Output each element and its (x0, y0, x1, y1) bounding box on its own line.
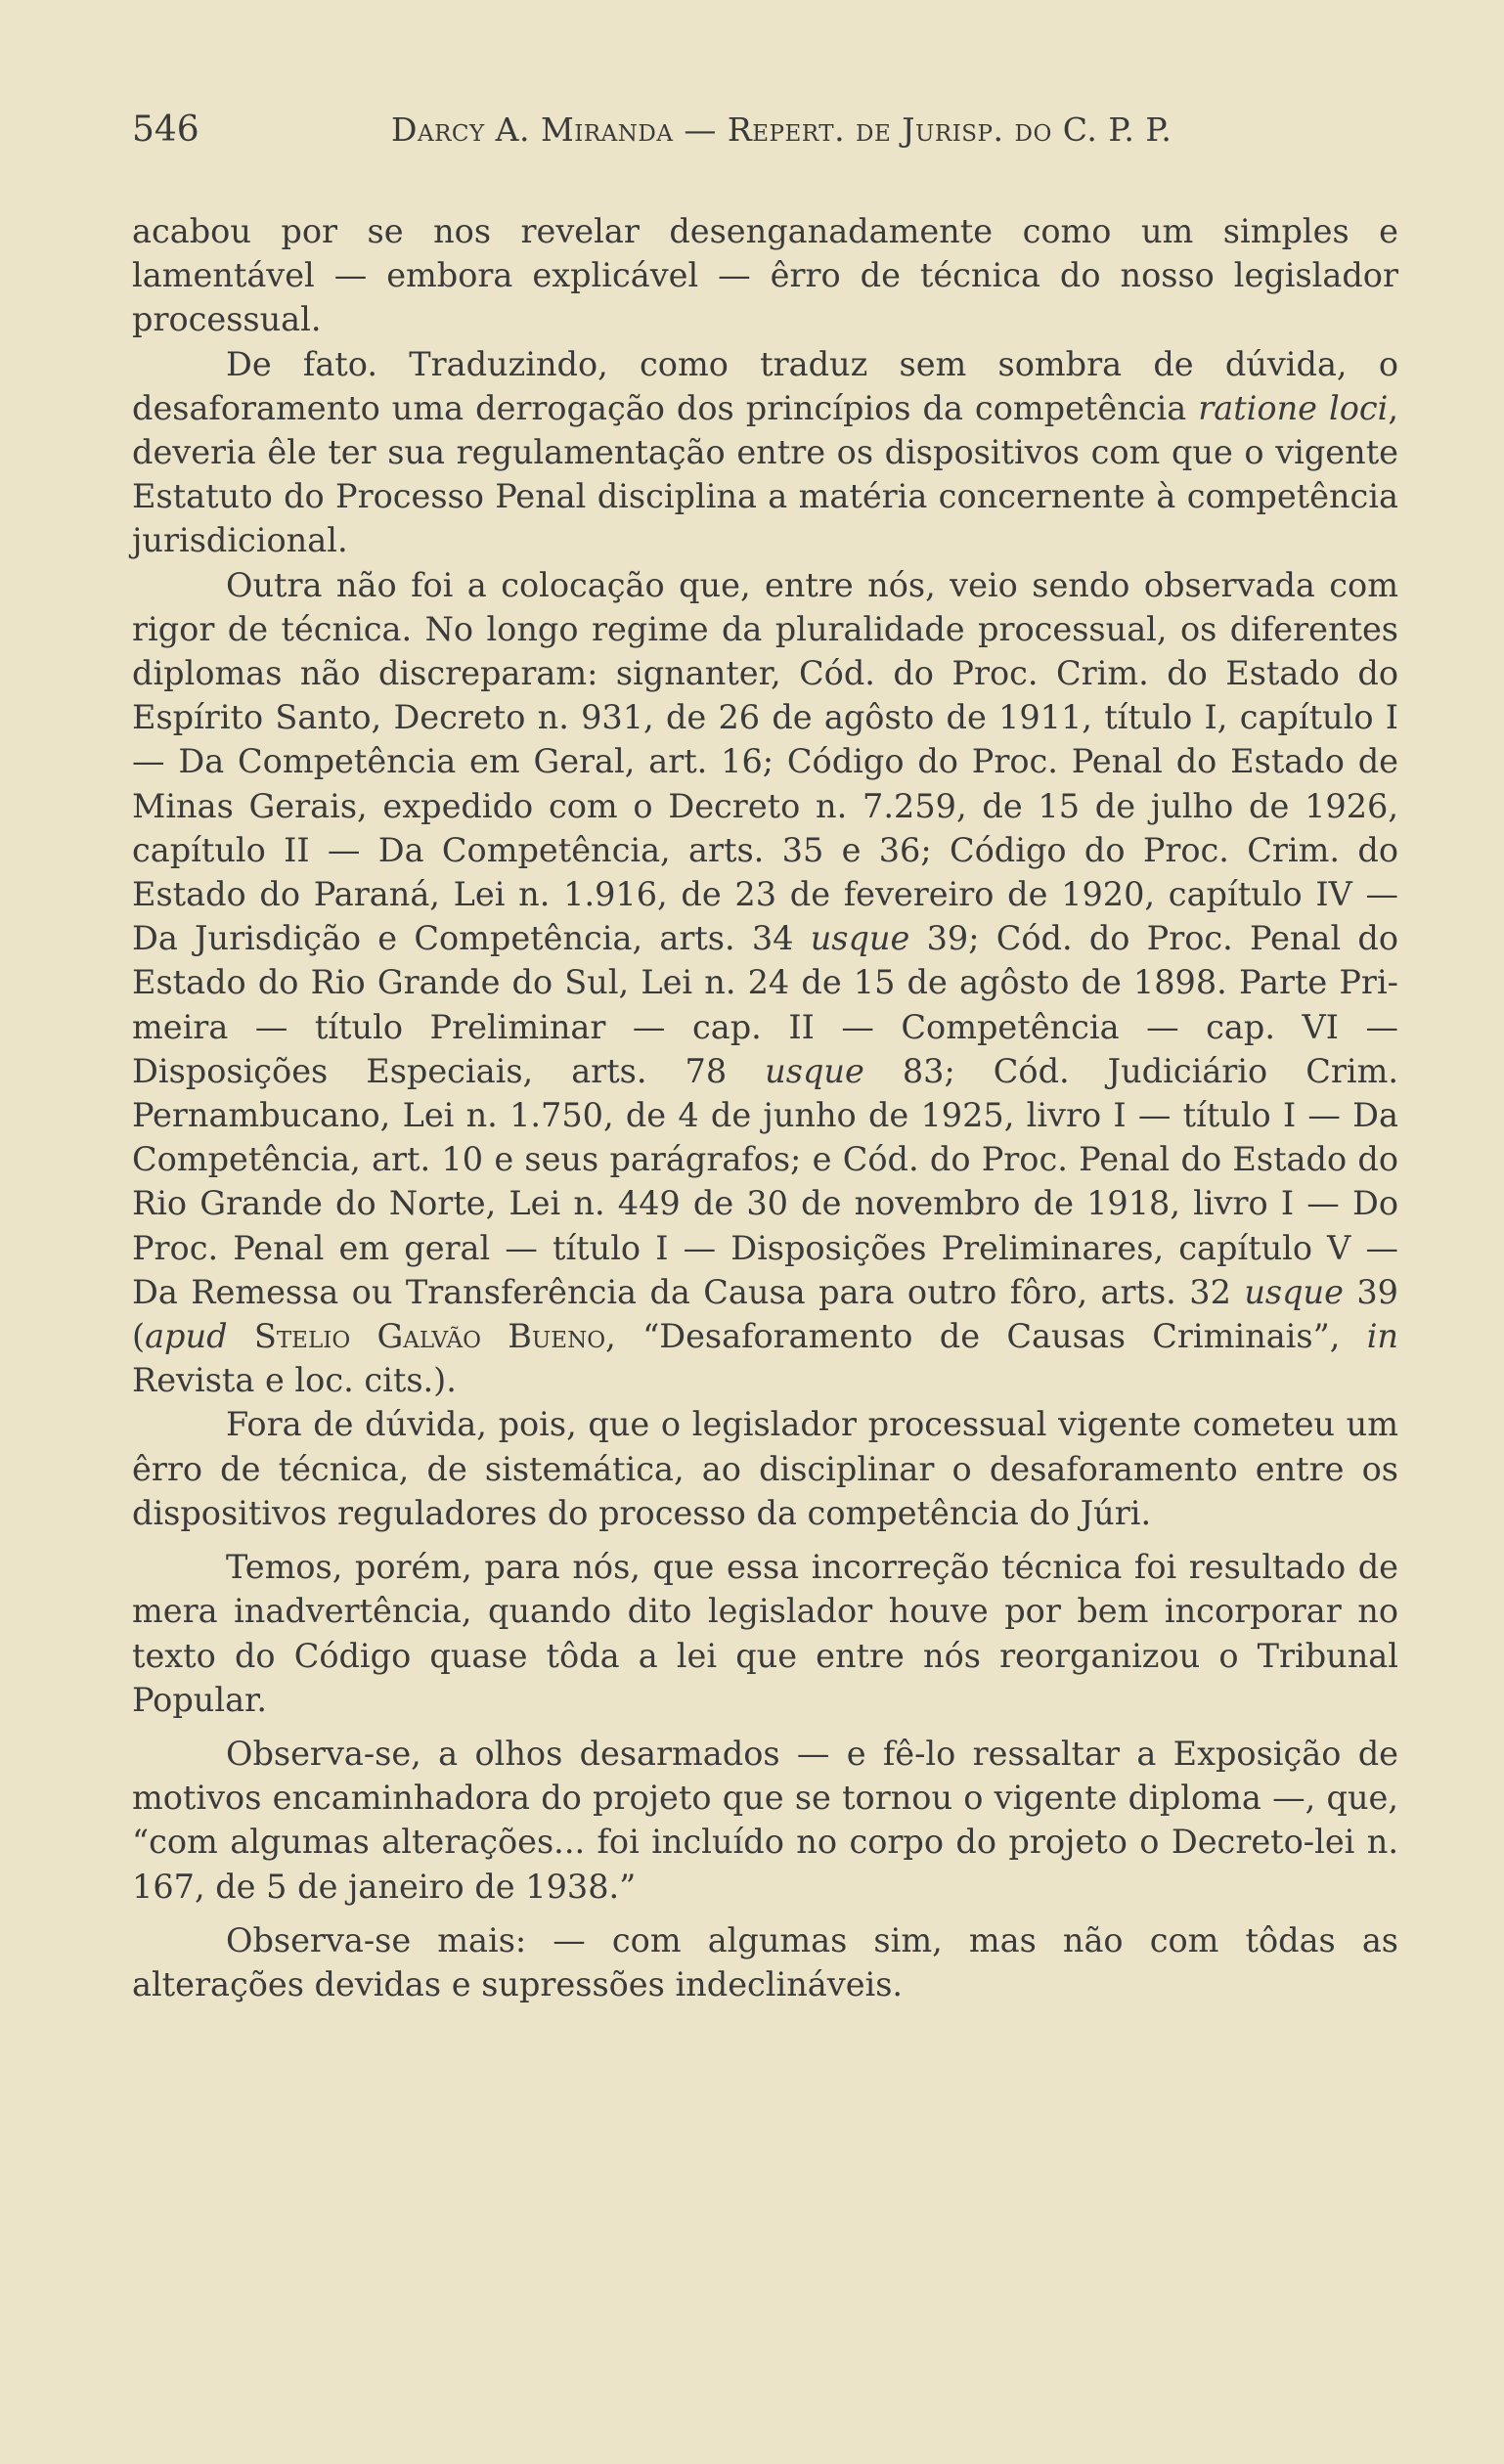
page-number: 546 (132, 110, 391, 150)
text-run: Temos, porém, para nós, que essa incorre… (132, 1548, 1398, 1719)
paragraph-p7: Observa-se mais: — com algumas sim, mas … (132, 1918, 1398, 2006)
paragraph-p5: Temos, porém, para nós, que essa incorre… (132, 1545, 1398, 1722)
italic-term: usque (811, 919, 910, 957)
paragraph-p3: Outra não foi a colocação que, entre nós… (132, 563, 1398, 1403)
text-run: Observa-se mais: — com algumas sim, mas … (132, 1921, 1398, 2003)
text-run: 83; Cód. Judi­ciário Crim. Pernambucano,… (132, 1052, 1398, 1311)
text-run: acabou por se nos revelar desenganadamen… (132, 212, 1398, 338)
paragraph-p1: acabou por se nos revelar desenganadamen… (132, 209, 1398, 342)
document-page: 546 Darcy A. Miranda — Repert. de Jurisp… (132, 110, 1398, 2006)
italic-term: usque (1244, 1273, 1344, 1311)
text-run: Outra não foi a colocação que, entre nós… (132, 566, 1398, 958)
italic-term: apud (145, 1317, 227, 1355)
text-run: Revista e loc. cits.). (132, 1361, 457, 1399)
italic-term: ratione loci (1198, 389, 1388, 427)
running-header: 546 Darcy A. Miranda — Repert. de Jurisp… (132, 110, 1398, 160)
paragraph-p2: De fato. Traduzindo, como traduz sem som… (132, 342, 1398, 563)
italic-term: usque (765, 1052, 864, 1090)
text-run (228, 1317, 254, 1355)
text-run: Fora de dúvida, pois, que o legislador p… (132, 1405, 1398, 1531)
text-run: , “Desaforamento de Causas Criminais”, (605, 1317, 1367, 1355)
text-run: Observa-se, a olhos desarmados — e fê-lo… (132, 1735, 1398, 1906)
italic-term: in (1367, 1317, 1398, 1355)
running-title: Darcy A. Miranda — Repert. de Jurisp. do… (391, 110, 1172, 149)
paragraph-p6: Observa-se, a olhos desarmados — e fê-lo… (132, 1732, 1398, 1909)
body-text: acabou por se nos revelar desenganadamen… (132, 209, 1398, 2006)
paragraph-p4: Fora de dúvida, pois, que o legislador p… (132, 1402, 1398, 1535)
author-name: Stelio Galvão Bueno (254, 1317, 605, 1355)
